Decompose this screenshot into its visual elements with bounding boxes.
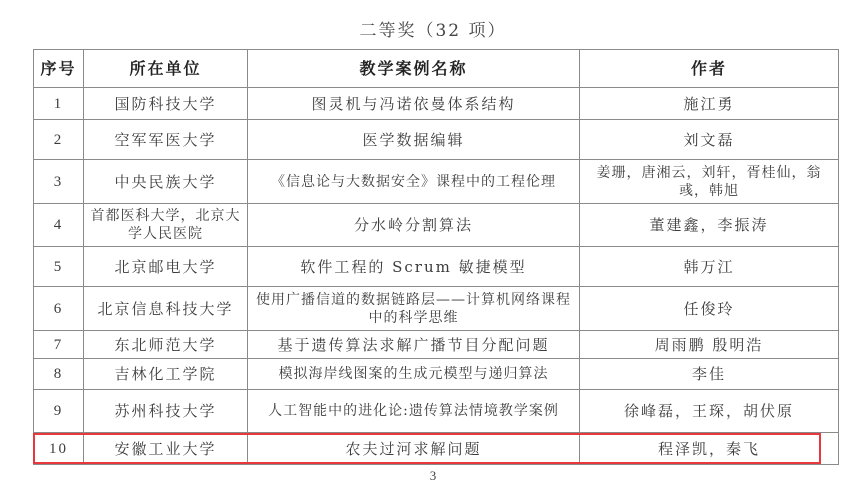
- table-row: 7 东北师范大学 基于遗传算法求解广播节目分配问题 周雨鹏 殷明浩: [34, 331, 839, 359]
- row-case: 医学数据编辑: [248, 120, 580, 160]
- row-unit: 首都医科大学，北京大学人民医院: [84, 204, 248, 247]
- row-case: 人工智能中的进化论:遗传算法情境教学案例: [248, 390, 580, 433]
- row-unit: 国防科技大学: [84, 88, 248, 120]
- row-index: 7: [34, 331, 84, 359]
- row-authors: 程泽凯，秦飞: [580, 433, 839, 465]
- table-row: 9 苏州科技大学 人工智能中的进化论:遗传算法情境教学案例 徐峰磊，王琛，胡伏原: [34, 390, 839, 433]
- row-unit: 苏州科技大学: [84, 390, 248, 433]
- row-unit: 东北师范大学: [84, 331, 248, 359]
- table-row: 2 空军军医大学 医学数据编辑 刘文磊: [34, 120, 839, 160]
- awards-table: 序号 所在单位 教学案例名称 作者 1 国防科技大学 图灵机与冯诺依曼体系结构 …: [33, 49, 839, 465]
- row-authors: 董建鑫，李振涛: [580, 204, 839, 247]
- row-authors: 李佳: [580, 359, 839, 390]
- row-index: 8: [34, 359, 84, 390]
- row-index: 2: [34, 120, 84, 160]
- row-index: 6: [34, 287, 84, 331]
- row-index: 3: [34, 160, 84, 204]
- section-title: 二等奖（32 项）: [0, 16, 866, 41]
- row-authors: 周雨鹏 殷明浩: [580, 331, 839, 359]
- row-case: 《信息论与大数据安全》课程中的工程伦理: [248, 160, 580, 204]
- table-row: 1 国防科技大学 图灵机与冯诺依曼体系结构 施江勇: [34, 88, 839, 120]
- row-index: 10: [34, 433, 84, 465]
- header-index: 序号: [34, 50, 84, 88]
- table-row: 4 首都医科大学，北京大学人民医院 分水岭分割算法 董建鑫，李振涛: [34, 204, 839, 247]
- row-authors: 刘文磊: [580, 120, 839, 160]
- row-authors: 姜珊，唐湘云，刘轩，胥桂仙，翁彧，韩旭: [580, 160, 839, 204]
- row-index: 5: [34, 247, 84, 287]
- table-row: 5 北京邮电大学 软件工程的 Scrum 敏捷模型 韩万江: [34, 247, 839, 287]
- row-index: 9: [34, 390, 84, 433]
- row-case: 模拟海岸线图案的生成元模型与递归算法: [248, 359, 580, 390]
- row-unit: 中央民族大学: [84, 160, 248, 204]
- row-case: 图灵机与冯诺依曼体系结构: [248, 88, 580, 120]
- table-header-row: 序号 所在单位 教学案例名称 作者: [34, 50, 839, 88]
- row-case: 使用广播信道的数据链路层——计算机网络课程中的科学思维: [248, 287, 580, 331]
- header-case-name: 教学案例名称: [248, 50, 580, 88]
- row-unit: 北京邮电大学: [84, 247, 248, 287]
- row-case: 基于遗传算法求解广播节目分配问题: [248, 331, 580, 359]
- row-case: 软件工程的 Scrum 敏捷模型: [248, 247, 580, 287]
- table-row: 3 中央民族大学 《信息论与大数据安全》课程中的工程伦理 姜珊，唐湘云，刘轩，胥…: [34, 160, 839, 204]
- table-row: 8 吉林化工学院 模拟海岸线图案的生成元模型与递归算法 李佳: [34, 359, 839, 390]
- row-authors: 任俊玲: [580, 287, 839, 331]
- page-number: 3: [0, 468, 866, 484]
- header-unit: 所在单位: [84, 50, 248, 88]
- header-authors: 作者: [580, 50, 839, 88]
- row-unit: 安徽工业大学: [84, 433, 248, 465]
- row-unit: 北京信息科技大学: [84, 287, 248, 331]
- table-row-highlighted: 10 安徽工业大学 农夫过河求解问题 程泽凯，秦飞: [34, 433, 839, 465]
- row-case: 农夫过河求解问题: [248, 433, 580, 465]
- row-authors: 韩万江: [580, 247, 839, 287]
- row-case: 分水岭分割算法: [248, 204, 580, 247]
- row-index: 1: [34, 88, 84, 120]
- row-authors: 徐峰磊，王琛，胡伏原: [580, 390, 839, 433]
- row-unit: 吉林化工学院: [84, 359, 248, 390]
- row-index: 4: [34, 204, 84, 247]
- table-row: 6 北京信息科技大学 使用广播信道的数据链路层——计算机网络课程中的科学思维 任…: [34, 287, 839, 331]
- row-authors: 施江勇: [580, 88, 839, 120]
- row-unit: 空军军医大学: [84, 120, 248, 160]
